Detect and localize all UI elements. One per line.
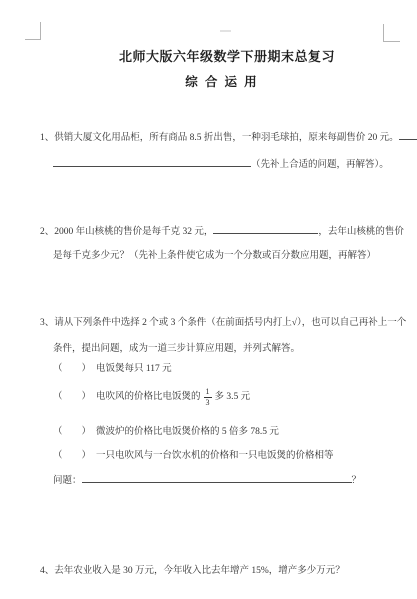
- question-3-problem-line: 问题：？: [53, 473, 361, 488]
- condition-item-3: （ ）微波炉的价格比电饭煲价格的 5 倍多 78.5 元: [53, 426, 279, 439]
- text-boundary-mark-top-right: [383, 24, 400, 42]
- question-2-line-1: 2、2000 年山核桃的售价是每千克 32 元，，去年山核桃的售价: [40, 224, 404, 239]
- scan-artifact: [220, 30, 231, 32]
- question-2-text-before-blank: 2、2000 年山核桃的售价是每千克 32 元，: [40, 227, 213, 237]
- checkbox-bracket: （ ）: [53, 451, 91, 461]
- condition-2-text-pre: 电吹风的价格比电饭煲的: [96, 391, 201, 404]
- condition-3-text: 微波炉的价格比电饭煲价格的 5 倍多 78.5 元: [96, 427, 279, 437]
- question-3-continuation: 条件，提出问题，成为一道三步计算应用题，并列式解答。: [53, 344, 300, 354]
- fraction-numerator: 1: [204, 388, 212, 398]
- fraction-denominator: 3: [204, 398, 212, 407]
- question-3-line-2: 条件，提出问题，成为一道三步计算应用题，并列式解答。: [53, 343, 300, 356]
- question-1-text: 1、供销大厦文化用品柜，所有商品 8.5 折出售，一种羽毛球拍，原来每副售价 2…: [40, 133, 399, 143]
- question-1-line-2: （先补上合适的问题，再解答）。: [53, 157, 389, 172]
- condition-1-text: 电饭煲每只 117 元: [96, 364, 172, 374]
- question-1-line-1: 1、供销大厦文化用品柜，所有商品 8.5 折出售，一种羽毛球拍，原来每副售价 2…: [40, 130, 417, 145]
- answer-blank-q2: [213, 224, 318, 234]
- page-subtitle: 综 合 运 用: [40, 72, 400, 90]
- checkbox-bracket: （ ）: [53, 427, 91, 437]
- condition-item-1: （ ）电饭煲每只 117 元: [53, 363, 172, 376]
- answer-blank-q3-problem: [82, 473, 352, 483]
- condition-2-text-post: 多 3.5 元: [215, 391, 251, 404]
- question-1-note: （先补上合适的问题，再解答）。: [251, 160, 389, 170]
- question-2-line-2: 是每千克多少元？（先补上条件使它成为一个分数或百分数应用题，再解答）: [53, 250, 376, 263]
- fraction-one-third: 13: [204, 388, 212, 407]
- condition-item-4: （ ）一只电吹风与一台饮水机的价格和一只电饭煲的价格相等: [53, 450, 334, 463]
- page-title: 北师大版六年级数学下册期末总复习: [40, 46, 400, 65]
- text-boundary-mark-top-left: [25, 22, 41, 40]
- checkbox-bracket: （ ）: [53, 364, 91, 374]
- problem-question-mark: ？: [352, 476, 362, 486]
- condition-4-text: 一只电吹风与一台饮水机的价格和一只电饭煲的价格相等: [96, 451, 334, 461]
- question-3-text: 3、请从下列条件中选择 2 个或 3 个条件（在前面括号内打上√），也可以自己再…: [40, 318, 406, 328]
- question-2-continuation: 是每千克多少元？（先补上条件使它成为一个分数或百分数应用题，再解答）: [53, 251, 376, 261]
- problem-label: 问题：: [53, 476, 82, 486]
- answer-blank-q1-inline: [399, 130, 417, 140]
- worksheet-page: 北师大版六年级数学下册期末总复习 综 合 运 用 1、供销大厦文化用品柜，所有商…: [0, 0, 417, 599]
- condition-item-2: （ ）电吹风的价格比电饭煲的13多 3.5 元: [53, 388, 250, 407]
- question-4-text: 4、去年农业收入是 30 万元，今年收入比去年增产 15%，增产多少万元？: [40, 566, 345, 576]
- question-3-line-1: 3、请从下列条件中选择 2 个或 3 个条件（在前面括号内打上√），也可以自己再…: [40, 317, 406, 330]
- question-2-text-after-blank: ，去年山核桃的售价: [318, 227, 404, 237]
- checkbox-bracket: （ ）: [53, 391, 91, 404]
- answer-blank-q1-long: [53, 157, 251, 167]
- question-4-line-1: 4、去年农业收入是 30 万元，今年收入比去年增产 15%，增产多少万元？: [40, 565, 345, 578]
